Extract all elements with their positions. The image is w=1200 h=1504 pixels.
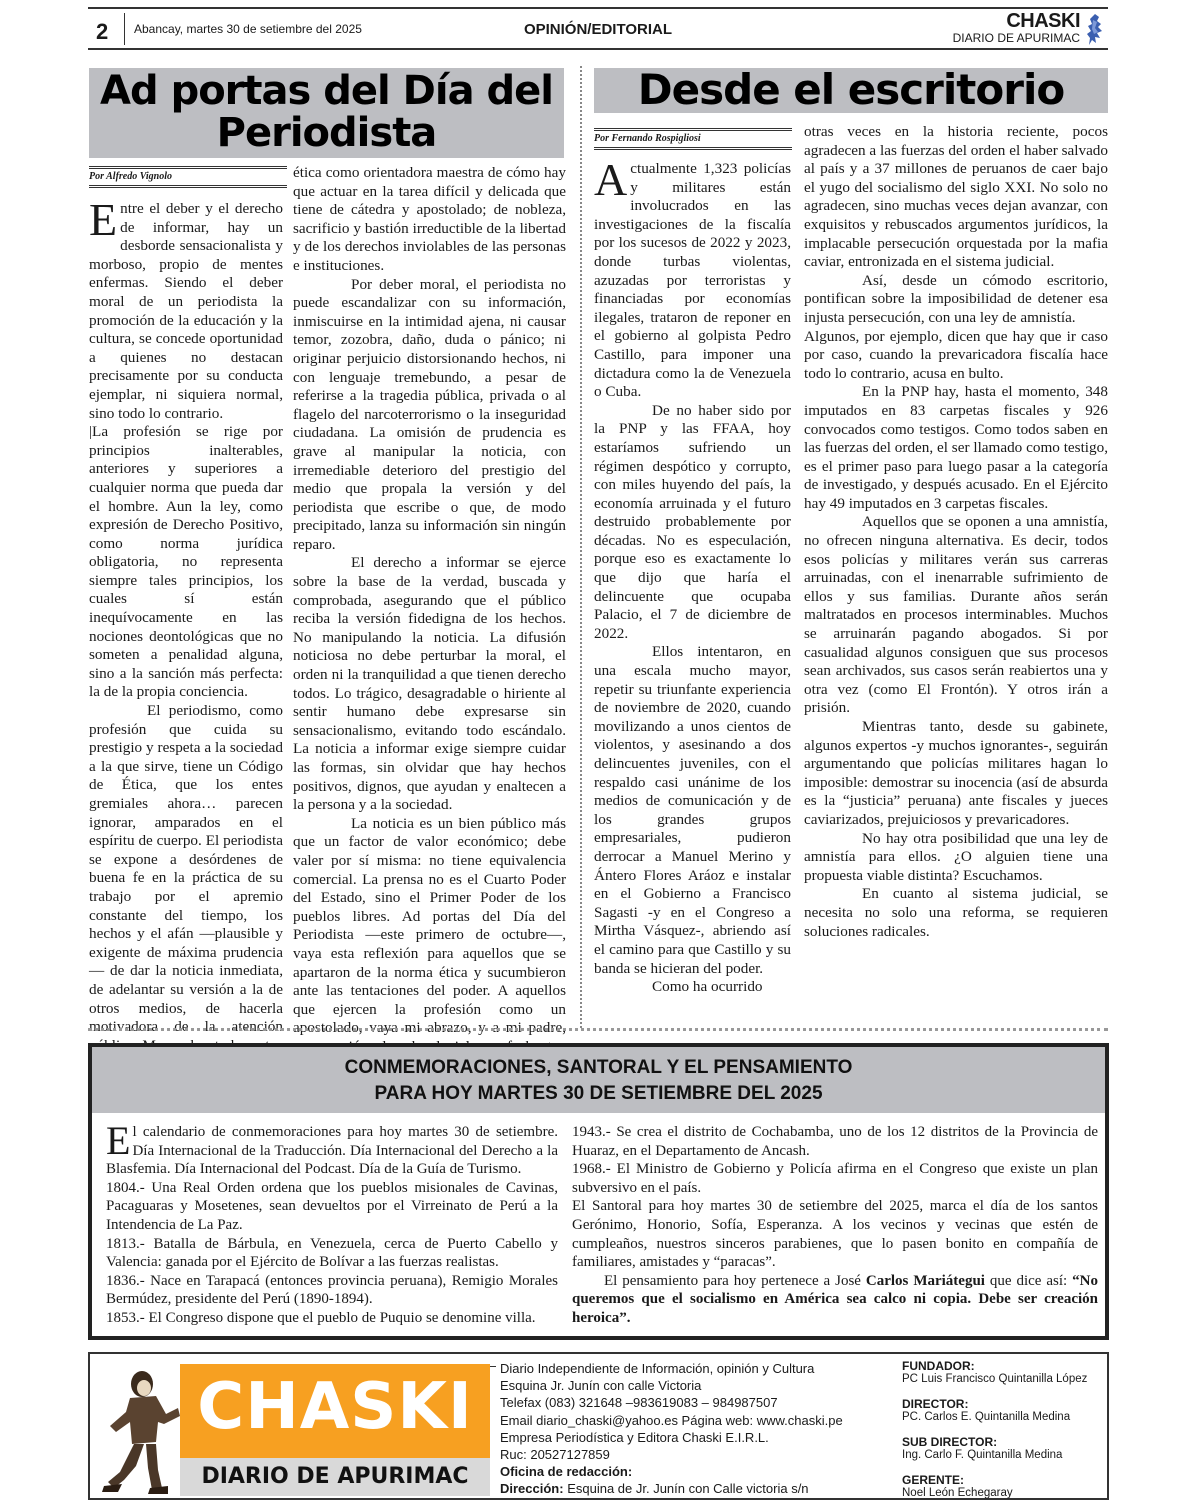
paragraph: En la PNP hay, hasta el momento, 348 imp… xyxy=(804,383,1108,513)
byline-vignolo: Por Alfredo Vignolo xyxy=(89,166,287,188)
conmemoraciones-right-column: 1943.- Se crea el distrito de Cochabamba… xyxy=(572,1123,1098,1328)
staff-role: SUB DIRECTOR: xyxy=(902,1436,1112,1449)
paragraph: Por deber moral, el periodista no puede … xyxy=(293,276,566,555)
info-line: Esquina Jr. Junín con calle Victoria xyxy=(500,1377,890,1394)
brand-name: CHASKI xyxy=(953,11,1080,31)
event-item: 1853.- El Congreso dispone que el pueblo… xyxy=(106,1309,558,1328)
paragraph: Algunos, por ejemplo, dicen que hay que … xyxy=(804,328,1108,384)
paragraph: otras veces en la historia reciente, poc… xyxy=(804,123,1108,272)
paragraph: No hay otra posibilidad que una ley de a… xyxy=(804,830,1108,886)
article-left-column-2: ética como orientadora maestra de cómo h… xyxy=(293,164,566,1075)
santoral: El Santoral para hoy martes 30 de setiem… xyxy=(572,1197,1098,1271)
info-line: Ruc: 20527127859 xyxy=(500,1446,890,1463)
paragraph: ética como orientadora maestra de cómo h… xyxy=(293,164,566,276)
title-line: CONMEMORACIONES, SANTORAL Y EL PENSAMIEN… xyxy=(92,1055,1105,1081)
staff-name: Ing. Carlo F. Quintanilla Medina xyxy=(902,1449,1112,1462)
article-right-column-1: Actualmente 1,323 policías y militares e… xyxy=(594,160,791,997)
conmemoraciones-title: CONMEMORACIONES, SANTORAL Y EL PENSAMIEN… xyxy=(92,1047,1105,1113)
masthead-footer: CHASKI DIARIO DE APURIMAC Diario Indepen… xyxy=(88,1352,1109,1500)
staff-role: GERENTE: xyxy=(902,1474,1112,1487)
direccion-value: Esquina de Jr. Junín con Calle victoria … xyxy=(564,1481,809,1496)
pensamiento: El pensamiento para hoy pertenece a José… xyxy=(572,1272,1098,1328)
staff-role: FUNDADOR: xyxy=(902,1360,1112,1373)
dropcap: A xyxy=(594,162,630,198)
direccion-label: Dirección: xyxy=(500,1481,564,1496)
conmemoraciones-box: CONMEMORACIONES, SANTORAL Y EL PENSAMIEN… xyxy=(88,1043,1109,1340)
page-header: 2 Abancay, martes 30 de setiembre del 20… xyxy=(88,7,1108,50)
info-line: Telefax (083) 321648 –983619083 – 984987… xyxy=(500,1394,890,1411)
dropcap: E xyxy=(89,202,120,238)
byline-rospigliosi: Por Fernando Rospigliosi xyxy=(594,128,792,150)
paragraph: Mientras tanto, desde su gabinete, algun… xyxy=(804,718,1108,830)
event-item: 1968.- El Ministro de Gobierno y Policía… xyxy=(572,1160,1098,1197)
article-right-column-2: otras veces en la historia reciente, poc… xyxy=(804,123,1108,941)
event-item: 1813.- Batalla de Bárbula, en Venezuela,… xyxy=(106,1235,558,1272)
info-line: Empresa Periodística y Editora Chaski E.… xyxy=(500,1429,890,1446)
pensamiento-connector: que dice así: xyxy=(985,1273,1072,1289)
paragraph: Así, desde un cómodo escritorio, pontifi… xyxy=(804,272,1108,328)
chaski-logo: CHASKI xyxy=(180,1364,490,1458)
publisher-info: Diario Independiente de Información, opi… xyxy=(500,1360,890,1498)
staff-role: DIRECTOR: xyxy=(902,1398,1112,1411)
direccion-line: Dirección: Esquina de Jr. Junín con Call… xyxy=(500,1480,890,1497)
paragraph: El derecho a informar se ejerce sobre la… xyxy=(293,554,566,814)
info-line: Diario Independiente de Información, opi… xyxy=(500,1360,890,1377)
staff-name: Noel León Echegaray xyxy=(902,1487,1112,1500)
section-separator xyxy=(88,1028,1108,1031)
conmemoraciones-left-column: El calendario de conmemoraciones para ho… xyxy=(106,1123,558,1328)
staff-name: PC Luis Francisco Quintanilla López xyxy=(902,1373,1112,1386)
staff-name: PC. Carlos E. Quintanilla Medina xyxy=(902,1411,1112,1424)
headline-desde-escritorio: Desde el escritorio xyxy=(594,68,1108,113)
logo-subtitle: DIARIO DE APURIMAC xyxy=(180,1458,490,1496)
paragraph: Ellos intentaron, en una escala mucho ma… xyxy=(594,643,791,978)
paragraph: Aquellos que se oponen a una amnistía, n… xyxy=(804,513,1108,718)
paragraph: |La profesión se rige por principios ina… xyxy=(89,423,283,702)
chaski-runner-icon xyxy=(1084,12,1106,48)
paragraph: De no haber sido por la PNP y las FFAA, … xyxy=(594,402,791,644)
article-left-column-1: Entre el deber y el derecho de informar,… xyxy=(89,200,283,1074)
paragraph: El periodismo, como profesión que cuida … xyxy=(89,702,283,1074)
staff-list: FUNDADOR: PC Luis Francisco Quintanilla … xyxy=(902,1360,1112,1504)
logo-wordmark: CHASKI xyxy=(180,1370,490,1444)
pensamiento-author: Carlos Mariátegui xyxy=(866,1273,985,1289)
header-brand: CHASKI DIARIO DE APURIMAC xyxy=(953,11,1080,45)
headline-ad-portas: Ad portas del Día del Periodista xyxy=(89,68,564,158)
paragraph: l calendario de conmemoraciones para hoy… xyxy=(106,1124,558,1177)
paragraph: En cuanto al sistema judicial, se necesi… xyxy=(804,885,1108,941)
brand-subtitle: DIARIO DE APURIMAC xyxy=(953,31,1080,45)
event-item: 1943.- Se crea el distrito de Cochabamba… xyxy=(572,1123,1098,1160)
paragraph: La noticia es un bien público más que un… xyxy=(293,815,566,1075)
info-dash xyxy=(490,1366,496,1367)
oficina-label: Oficina de redacción: xyxy=(500,1463,890,1480)
pensamiento-intro: El pensamiento para hoy pertenece a José xyxy=(604,1273,866,1289)
event-item: 1836.- Nace en Tarapacá (entonces provin… xyxy=(106,1272,558,1309)
title-line: PARA HOY MARTES 30 DE SETIEMBRE DEL 2025 xyxy=(92,1081,1105,1107)
paragraph: Como ha ocurrido xyxy=(594,978,791,997)
chaski-runner-illustration-icon xyxy=(96,1362,182,1496)
info-line: Email diario_chaski@yahoo.es Página web:… xyxy=(500,1412,890,1429)
column-separator xyxy=(580,66,582,1028)
event-item: 1804.- Una Real Orden ordena que los pue… xyxy=(106,1179,558,1235)
dropcap: E xyxy=(106,1125,132,1157)
